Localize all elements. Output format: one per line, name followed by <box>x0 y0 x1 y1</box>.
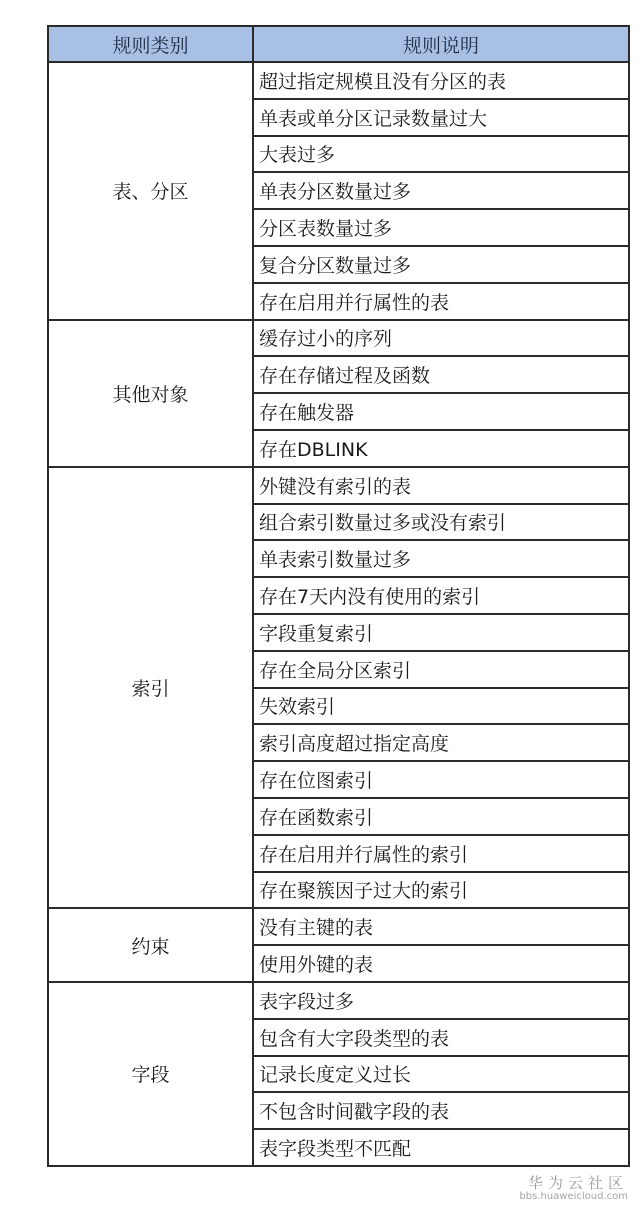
rule-cell: 不包含时间戳字段的表 <box>253 1092 629 1129</box>
rule-cell: 存在触发器 <box>253 393 629 430</box>
rule-cell: 存在位图索引 <box>253 761 629 798</box>
rule-cell: 存在启用并行属性的索引 <box>253 835 629 872</box>
rule-cell: 存在函数索引 <box>253 798 629 835</box>
watermark-main: 华为云社区 <box>519 1172 628 1193</box>
rules-body: 表、分区超过指定规模且没有分区的表单表或单分区记录数量过大大表过多单表分区数量过… <box>48 62 629 1166</box>
watermark: 华为云社区 bbs.huaweicloud.com <box>519 1172 628 1202</box>
rule-cell: 表字段过多 <box>253 982 629 1019</box>
rule-cell: 单表索引数量过多 <box>253 540 629 577</box>
rule-cell: 存在DBLINK <box>253 430 629 467</box>
rule-cell: 组合索引数量过多或没有索引 <box>253 504 629 541</box>
rule-cell: 超过指定规模且没有分区的表 <box>253 62 629 99</box>
category-cell: 其他对象 <box>48 320 253 467</box>
rule-cell: 单表或单分区记录数量过大 <box>253 99 629 136</box>
rule-cell: 包含有大字段类型的表 <box>253 1019 629 1056</box>
rule-cell: 缓存过小的序列 <box>253 320 629 357</box>
rule-cell: 存在7天内没有使用的索引 <box>253 577 629 614</box>
category-cell: 约束 <box>48 908 253 982</box>
table-row: 表、分区超过指定规模且没有分区的表 <box>48 62 629 99</box>
rule-cell: 复合分区数量过多 <box>253 246 629 283</box>
rule-cell: 失效索引 <box>253 688 629 725</box>
rule-cell: 没有主键的表 <box>253 908 629 945</box>
table-row: 索引外键没有索引的表 <box>48 467 629 504</box>
rule-cell: 字段重复索引 <box>253 614 629 651</box>
rule-cell: 索引高度超过指定高度 <box>253 724 629 761</box>
watermark-sub: bbs.huaweicloud.com <box>519 1191 628 1202</box>
category-cell: 表、分区 <box>48 62 253 320</box>
table-row: 字段表字段过多 <box>48 982 629 1019</box>
rule-cell: 存在启用并行属性的表 <box>253 283 629 320</box>
rule-cell: 使用外键的表 <box>253 945 629 982</box>
rule-cell: 分区表数量过多 <box>253 209 629 246</box>
rules-table: 规则类别 规则说明 表、分区超过指定规模且没有分区的表单表或单分区记录数量过大大… <box>47 25 630 1167</box>
category-cell: 索引 <box>48 467 253 909</box>
rule-cell: 存在聚簇因子过大的索引 <box>253 872 629 909</box>
rule-cell: 表字段类型不匹配 <box>253 1129 629 1166</box>
rule-cell: 外键没有索引的表 <box>253 467 629 504</box>
header-row: 规则类别 规则说明 <box>48 26 629 62</box>
category-cell: 字段 <box>48 982 253 1166</box>
table-row: 约束没有主键的表 <box>48 908 629 945</box>
rule-cell: 记录长度定义过长 <box>253 1056 629 1093</box>
header-category: 规则类别 <box>48 26 253 62</box>
rule-cell: 存在存储过程及函数 <box>253 356 629 393</box>
rule-cell: 存在全局分区索引 <box>253 651 629 688</box>
table-row: 其他对象缓存过小的序列 <box>48 320 629 357</box>
rule-cell: 单表分区数量过多 <box>253 172 629 209</box>
header-description: 规则说明 <box>253 26 629 62</box>
rule-cell: 大表过多 <box>253 136 629 173</box>
